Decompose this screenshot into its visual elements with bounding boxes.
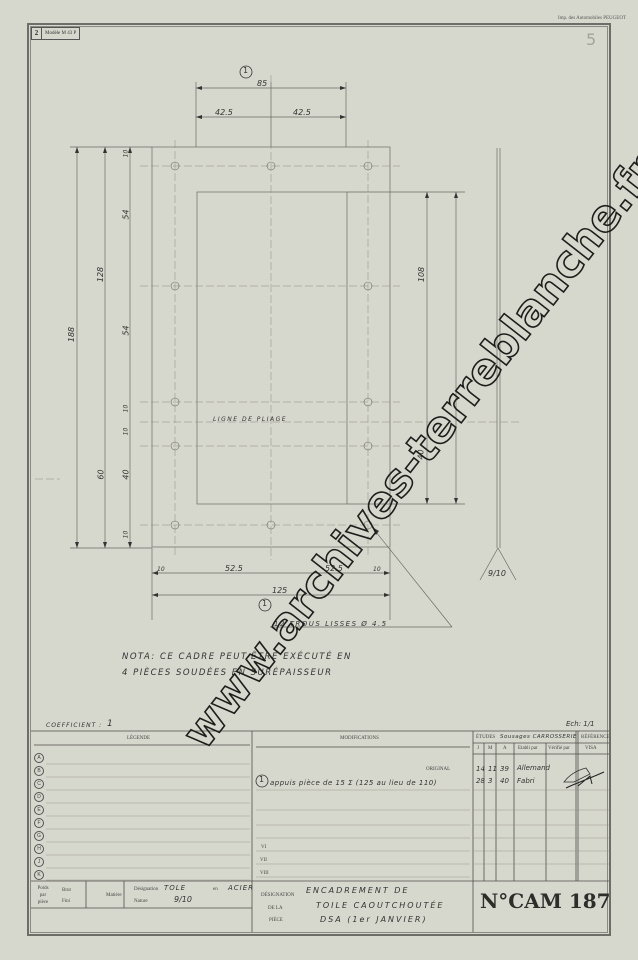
- dim-chain-3: 54: [122, 325, 131, 335]
- drawing-sheet: Imp. des Automobiles PEUGEOT 2 Modèle M …: [0, 0, 638, 960]
- legend-title: LÉGENDE: [127, 736, 150, 741]
- dim-overall-height: 188: [67, 327, 76, 342]
- piece-name-line-1: ENCADREMENT DE: [306, 886, 409, 895]
- piece-name-line-2: TOILE CAOUTCHOUTÉE: [316, 901, 444, 910]
- study-row2-etabli: Fabri: [517, 777, 535, 785]
- col-day: J: [477, 746, 479, 751]
- callout-number-top: 1: [243, 66, 248, 75]
- legend-letter-a: A: [34, 753, 44, 763]
- piece-label-2: DE LA: [268, 906, 283, 911]
- legend-letter-b: B: [34, 766, 44, 776]
- visa-signature-icon: [560, 760, 608, 792]
- brut-label: Brut: [62, 888, 71, 893]
- col-year: A: [503, 746, 507, 751]
- reference-header: RÉFÉRENCE: [581, 735, 610, 740]
- technical-drawing: [0, 0, 638, 960]
- cutout-outline: [197, 192, 347, 504]
- study-row1-month: 11: [488, 765, 497, 773]
- dim-chain-6: 40: [122, 469, 131, 479]
- poids-label: Poids par pièce: [35, 885, 51, 906]
- modification-text: appuis pièce de 15 Σ (125 au lieu de 110…: [270, 779, 437, 787]
- fold-line-label: LIGNE DE PLIAGE: [213, 416, 287, 423]
- dim-chain-1: 10: [122, 150, 129, 158]
- dim-chain-7: 10: [122, 531, 129, 539]
- piece-label-3: PIÈCE: [269, 918, 283, 923]
- dim-overall-width: 85: [257, 79, 267, 88]
- nature-label: Nature: [134, 899, 148, 904]
- nature-value: 9/10: [174, 895, 192, 904]
- col-month: M: [488, 746, 492, 751]
- legend-letter-k: K: [34, 870, 44, 880]
- dim-edge-left: 10: [157, 566, 165, 573]
- drawing-number: N°CAM 187: [480, 889, 611, 913]
- qualite-value: ACIER: [228, 884, 254, 892]
- qualite-label: en: [213, 887, 218, 892]
- piece-label-1: DÉSIGNATION: [261, 893, 294, 898]
- legend-letter-f: F: [34, 818, 44, 828]
- dim-cutout-height: 108: [417, 267, 426, 282]
- studies-department: Sousages CARROSSERIE: [500, 734, 577, 740]
- designation-field-label: Désignation: [134, 887, 158, 892]
- fini-label: Fini: [62, 899, 70, 904]
- modifications-title: MODIFICATIONS: [340, 736, 379, 741]
- dim-chain-4: 10: [122, 405, 129, 413]
- studies-title: ÉTUDES: [476, 735, 495, 740]
- thickness-label: 9/10: [488, 569, 506, 578]
- mod-row-vi: VI: [261, 845, 266, 850]
- study-row2-month: 3: [488, 777, 492, 785]
- coefficient-value: 1: [107, 719, 113, 729]
- modification-index: 1: [259, 775, 264, 784]
- dim-chain-5: 10: [122, 428, 129, 436]
- scale-label: Ech: 1/1: [566, 720, 595, 728]
- dim-right-half: 42.5: [293, 108, 311, 117]
- study-row1-etabli: Allemand: [517, 764, 550, 772]
- legend-letter-d: D: [34, 792, 44, 802]
- study-row1-year: 39: [500, 765, 509, 773]
- coefficient-label: COEFFICIENT :: [46, 722, 102, 729]
- study-row2-year: 40: [500, 777, 509, 785]
- legend-letter-h: H: [34, 844, 44, 854]
- study-row2-day: 28: [476, 777, 485, 785]
- dim-left-half: 42.5: [215, 108, 233, 117]
- mod-row-viii: VIII: [260, 871, 269, 876]
- legend-letter-j: J: [34, 857, 44, 867]
- col-etabli: Etabli par: [518, 746, 538, 751]
- mod-row-vii: VII: [260, 858, 267, 863]
- legend-letter-e: E: [34, 805, 44, 815]
- legend-letter-g: G: [34, 831, 44, 841]
- col-visa: VISA: [585, 746, 597, 751]
- dim-edge-right: 10: [373, 566, 381, 573]
- dim-chain-2: 54: [122, 209, 131, 219]
- study-row1-day: 14: [476, 765, 485, 773]
- piece-name-line-3: DSA (1er JANVIER): [320, 915, 428, 924]
- col-verifie: Vérifié par: [548, 746, 570, 751]
- matiere-label: Matière: [106, 893, 122, 898]
- dim-hole-left: 52.5: [225, 564, 243, 573]
- original-label: ORIGINAL: [426, 767, 450, 772]
- dim-lower-height: 60: [97, 469, 106, 479]
- designation-value: TOLE: [164, 884, 186, 892]
- dim-upper-height: 128: [96, 267, 105, 282]
- legend-letter-c: C: [34, 779, 44, 789]
